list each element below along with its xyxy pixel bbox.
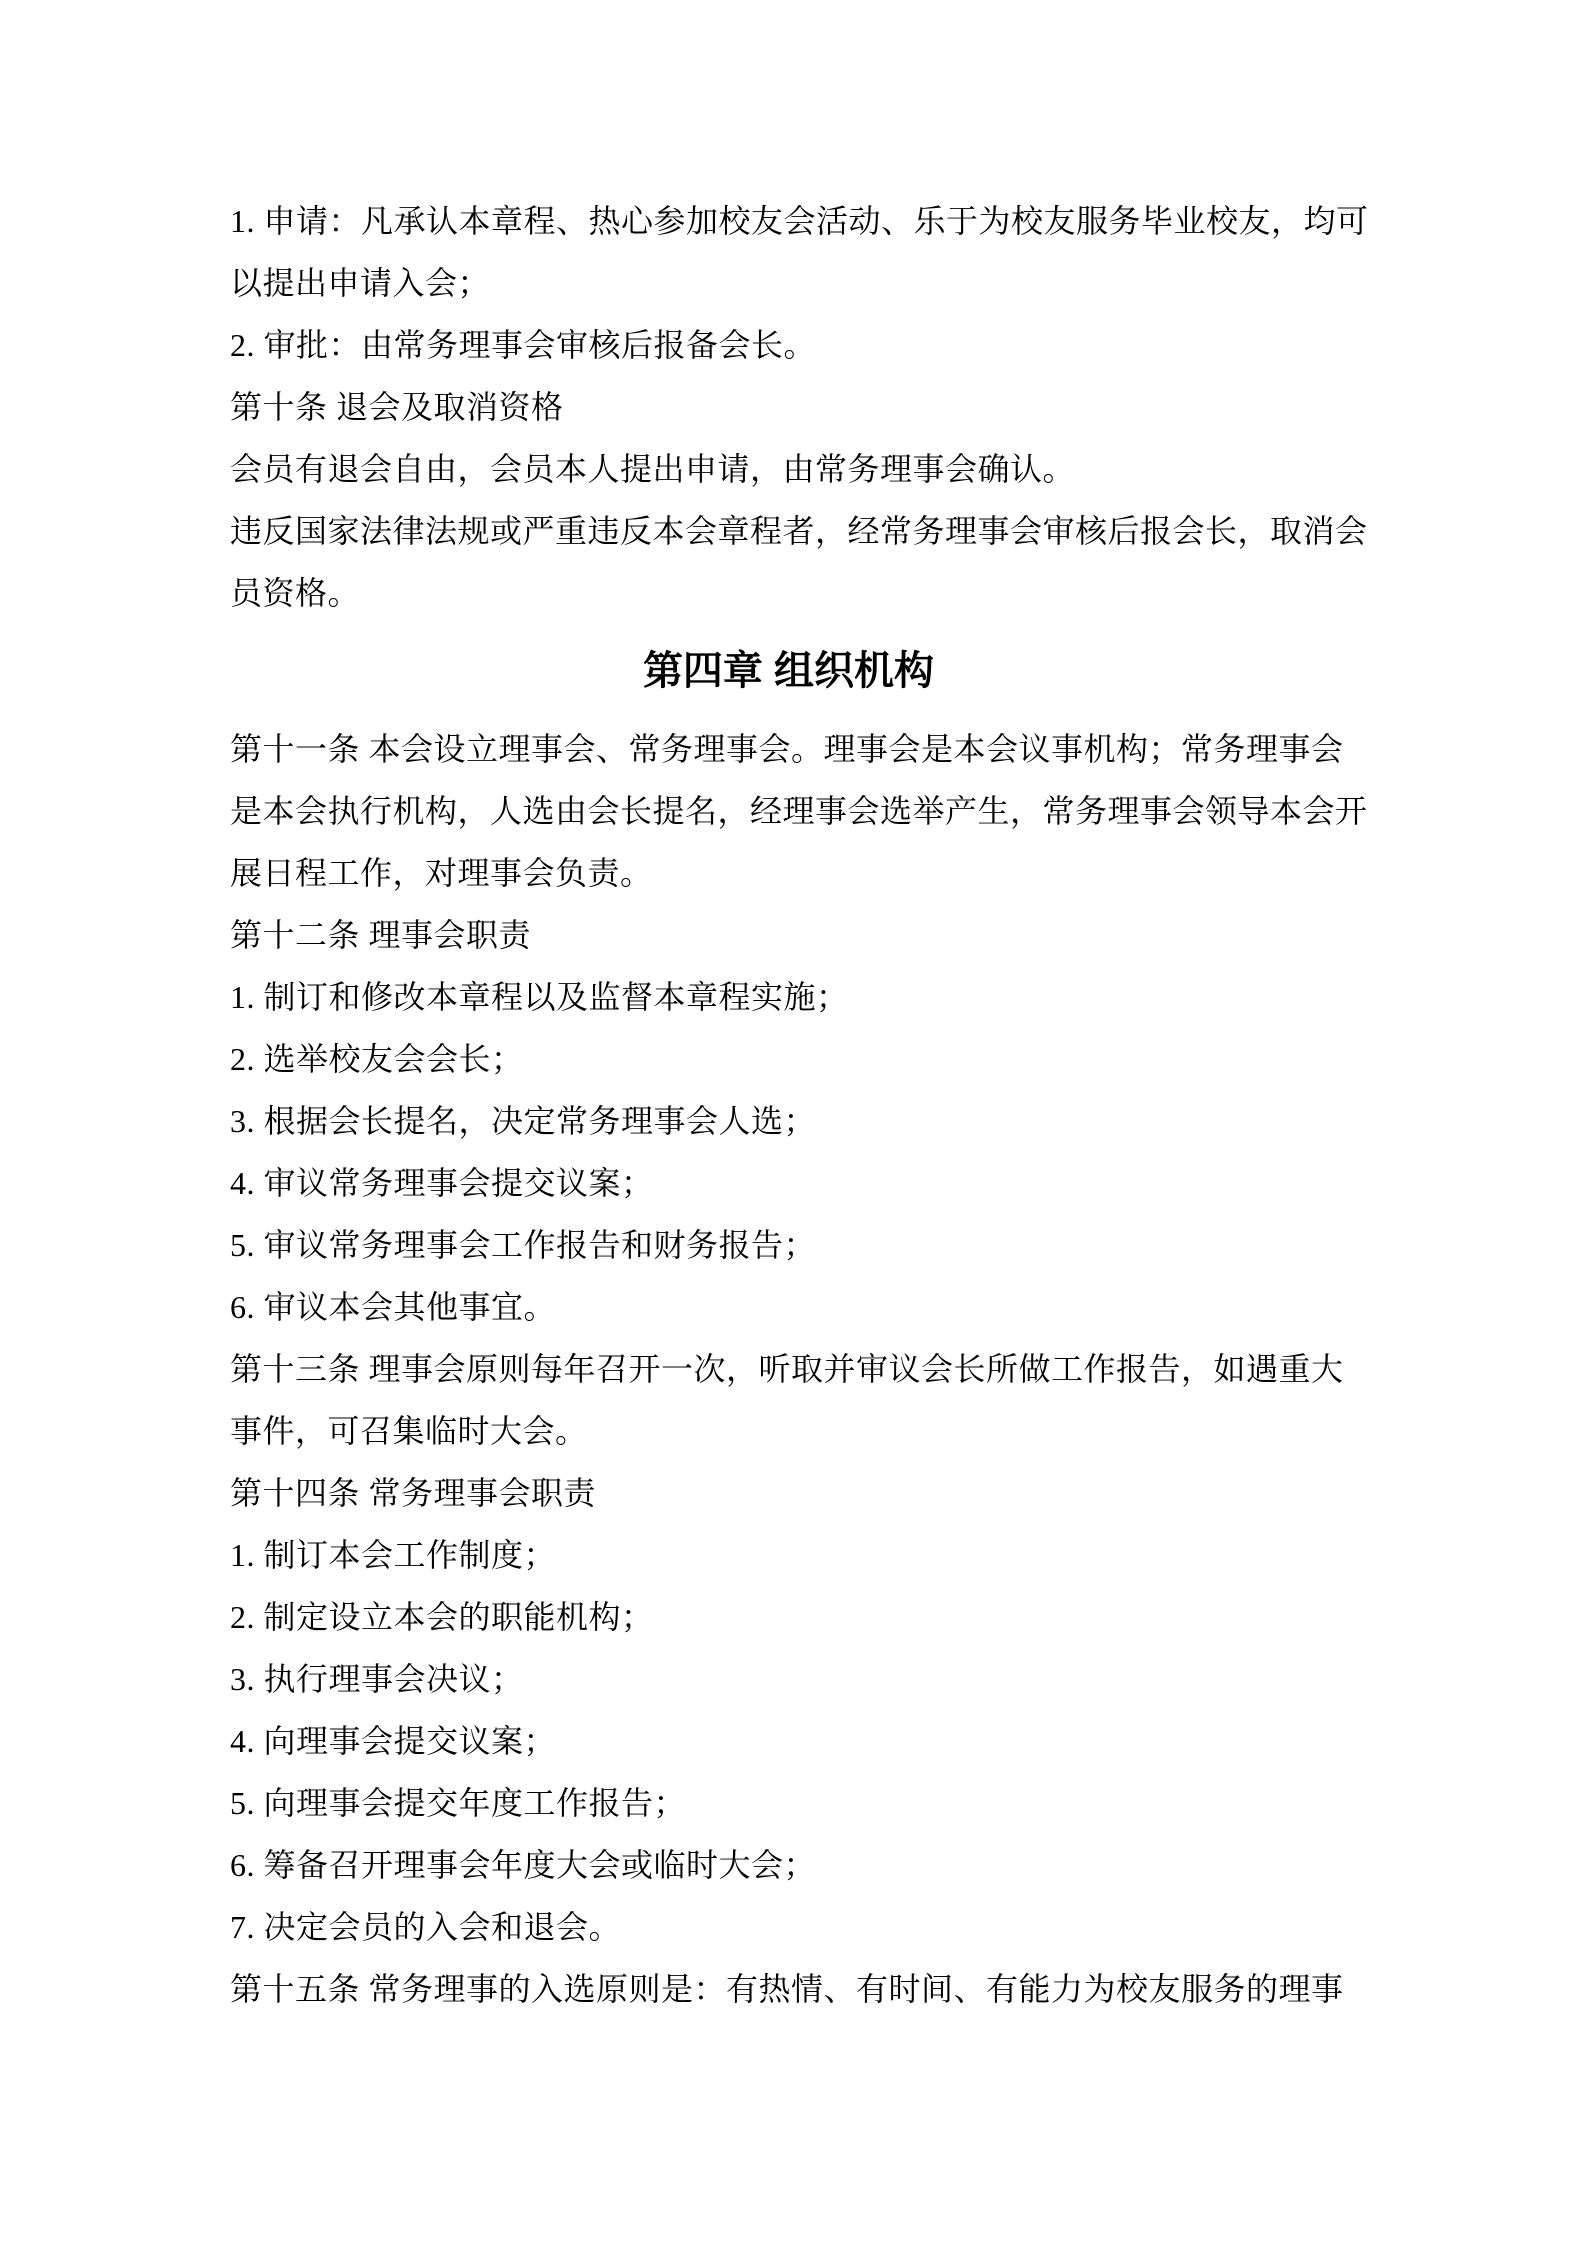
text-line: 事件，可召集临时大会。: [230, 1400, 1347, 1462]
article-title: 第十三条 理事会原则每年召开一次，听取并审议会长所做工作报告，如遇重大: [230, 1338, 1347, 1400]
list-item: 6. 筹备召开理事会年度大会或临时大会；: [230, 1834, 1347, 1896]
article-title: 第十条 退会及取消资格: [230, 376, 1347, 438]
list-item: 2. 选举校友会会长；: [230, 1028, 1347, 1090]
list-item: 4. 向理事会提交议案；: [230, 1710, 1347, 1772]
list-item: 4. 审议常务理事会提交议案；: [230, 1152, 1347, 1214]
list-item: 2. 制定设立本会的职能机构；: [230, 1586, 1347, 1648]
article-title: 第十一条 本会设立理事会、常务理事会。理事会是本会议事机构；常务理事会: [230, 718, 1347, 780]
list-item: 3. 根据会长提名，决定常务理事会人选；: [230, 1090, 1347, 1152]
text-line: 2. 审批：由常务理事会审核后报备会长。: [230, 314, 1347, 376]
text-line: 1. 申请：凡承认本章程、热心参加校友会活动、乐于为校友服务毕业校友，均可: [230, 190, 1347, 252]
list-item: 3. 执行理事会决议；: [230, 1648, 1347, 1710]
article-title: 第十二条 理事会职责: [230, 904, 1347, 966]
list-item: 1. 制订和修改本章程以及监督本章程实施；: [230, 966, 1347, 1028]
text-line: 会员有退会自由，会员本人提出申请，由常务理事会确认。: [230, 438, 1347, 500]
list-item: 1. 制订本会工作制度；: [230, 1524, 1347, 1586]
chapter-heading: 第四章 组织机构: [230, 624, 1347, 718]
text-line: 展日程工作，对理事会负责。: [230, 842, 1347, 904]
article-title: 第十四条 常务理事会职责: [230, 1462, 1347, 1524]
article-title: 第十五条 常务理事的入选原则是：有热情、有时间、有能力为校友服务的理事: [230, 1958, 1347, 2020]
list-item: 5. 向理事会提交年度工作报告；: [230, 1772, 1347, 1834]
text-line: 是本会执行机构，人选由会长提名，经理事会选举产生，常务理事会领导本会开: [230, 780, 1347, 842]
text-line: 员资格。: [230, 562, 1347, 624]
list-item: 5. 审议常务理事会工作报告和财务报告；: [230, 1214, 1347, 1276]
list-item: 7. 决定会员的入会和退会。: [230, 1896, 1347, 1958]
list-item: 6. 审议本会其他事宜。: [230, 1276, 1347, 1338]
text-line: 以提出申请入会；: [230, 252, 1347, 314]
text-line: 违反国家法律法规或严重违反本会章程者，经常务理事会审核后报会长，取消会: [230, 500, 1347, 562]
document-page: 1. 申请：凡承认本章程、热心参加校友会活动、乐于为校友服务毕业校友，均可 以提…: [0, 0, 1587, 2245]
